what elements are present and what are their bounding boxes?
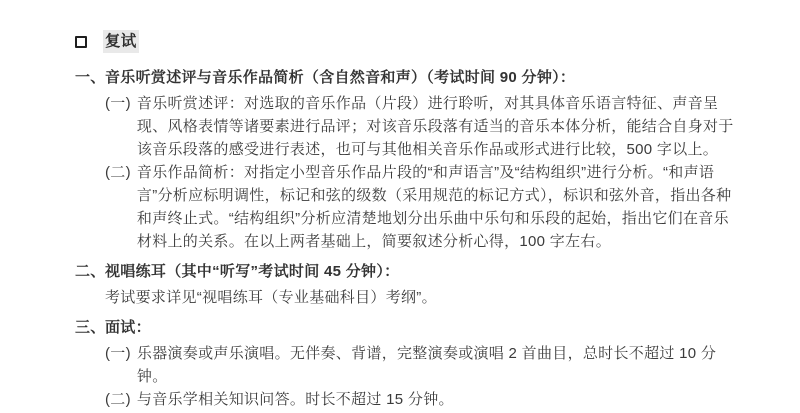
page-title: 复试 <box>103 30 139 53</box>
list-item-number: (一) <box>105 92 131 161</box>
document-page: 复试 一、 音乐听赏述评与音乐作品简析（含自然音和声）（考试时间 90 分钟）：… <box>0 0 800 411</box>
section-body-text: 考试要求详见“视唱练耳（专业基础科目）考纲”。 <box>105 286 742 309</box>
list-item-number: (二) <box>105 161 131 253</box>
list-item: (二) 音乐作品简析：对指定小型音乐作品片段的“和声语言”及“结构组织”进行分析… <box>105 161 742 253</box>
list-item-number: (一) <box>105 342 131 388</box>
list-item-text: 音乐作品简析：对指定小型音乐作品片段的“和声语言”及“结构组织”进行分析。“和声… <box>137 161 742 253</box>
list-item-text: 与音乐学相关知识问答。时长不超过 15 分钟。 <box>137 388 742 411</box>
list-item: (二) 与音乐学相关知识问答。时长不超过 15 分钟。 <box>105 388 742 411</box>
list-item: (一) 乐器演奏或声乐演唱。无伴奏、背谱，完整演奏或演唱 2 首曲目，总时长不超… <box>105 342 742 388</box>
list-item: (一) 音乐听赏述评：对选取的音乐作品（片段）进行聆听，对其具体音乐语言特征、声… <box>105 92 742 161</box>
section-title: 面试： <box>105 316 742 339</box>
section-number: 三、 <box>75 316 105 339</box>
section-number: 一、 <box>75 66 105 89</box>
section-sight-singing: 二、 视唱练耳（其中“听写”考试时间 45 分钟）： 考试要求详见“视唱练耳（专… <box>75 260 742 309</box>
list-item-text: 音乐听赏述评：对选取的音乐作品（片段）进行聆听，对其具体音乐语言特征、声音呈现、… <box>137 92 742 161</box>
section-heading: 一、 音乐听赏述评与音乐作品简析（含自然音和声）（考试时间 90 分钟）： <box>75 66 742 89</box>
section-title: 音乐听赏述评与音乐作品简析（含自然音和声）（考试时间 90 分钟）： <box>105 66 742 89</box>
section-interview: 三、 面试： (一) 乐器演奏或声乐演唱。无伴奏、背谱，完整演奏或演唱 2 首曲… <box>75 316 742 411</box>
section-music-review: 一、 音乐听赏述评与音乐作品简析（含自然音和声）（考试时间 90 分钟）： (一… <box>75 66 742 253</box>
checkbox-bullet-icon <box>75 36 87 48</box>
list-item-number: (二) <box>105 388 131 411</box>
section-title: 视唱练耳（其中“听写”考试时间 45 分钟）： <box>105 260 742 283</box>
section-heading: 二、 视唱练耳（其中“听写”考试时间 45 分钟）： <box>75 260 742 283</box>
section-number: 二、 <box>75 260 105 283</box>
document-header: 复试 <box>75 30 742 53</box>
list-item-text: 乐器演奏或声乐演唱。无伴奏、背谱，完整演奏或演唱 2 首曲目，总时长不超过 10… <box>137 342 742 388</box>
section-heading: 三、 面试： <box>75 316 742 339</box>
